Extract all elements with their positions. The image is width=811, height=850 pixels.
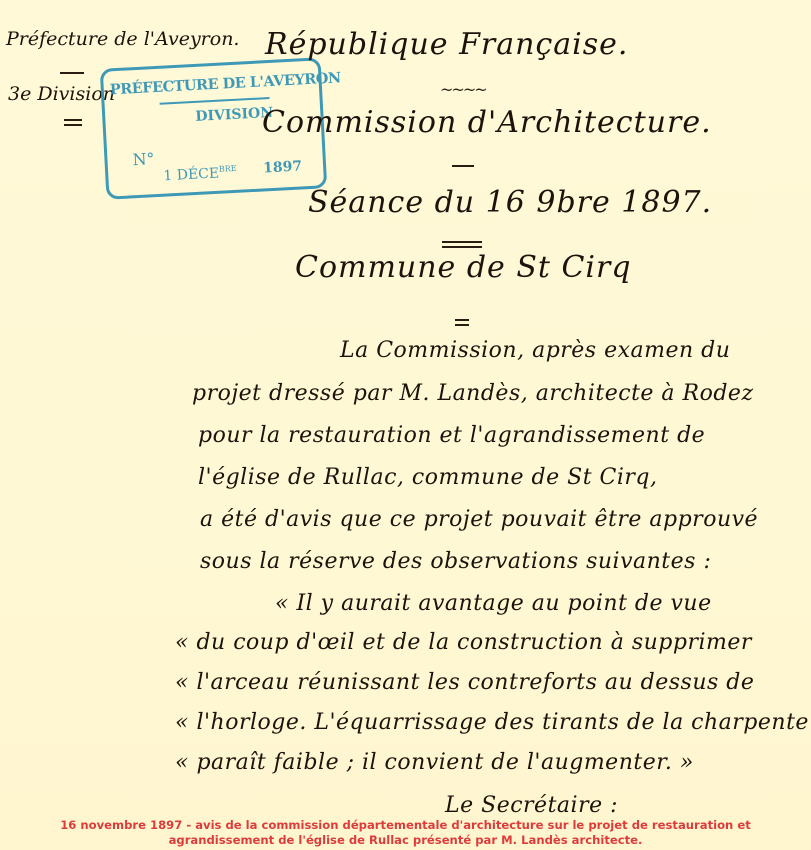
caption: 16 novembre 1897 - avis de la commission… — [0, 818, 811, 848]
stamp-number-label: N° — [132, 149, 155, 169]
divider — [64, 119, 82, 121]
body-line: projet dressé par M. Landès, architecte … — [192, 383, 754, 405]
quote-line: « l'arceau réunissant les contreforts au… — [175, 672, 754, 694]
stamp-title: PRÉFECTURE DE L'AVEYRON — [109, 69, 341, 98]
divider — [452, 165, 474, 167]
commune-heading: Commune de St Cirq — [295, 253, 632, 283]
archival-letter-page: Préfecture de l'Aveyron. 3e Division PRÉ… — [0, 0, 811, 850]
body-line: a été d'avis que ce projet pouvait être … — [200, 509, 758, 531]
stamp-date-day-month: 1 DÉCE — [163, 165, 219, 184]
quote-line: « paraît faible ; il convient de l'augme… — [175, 752, 694, 774]
republic-heading: République Française. — [265, 30, 628, 60]
body-line: La Commission, après examen du — [340, 340, 730, 362]
stamp-date-superscript: BRE — [219, 164, 237, 174]
division-label: 3e Division — [8, 85, 115, 104]
flourish-divider: ~~~~ — [440, 80, 486, 99]
divider — [60, 72, 84, 74]
caption-line-1: 16 novembre 1897 - avis de la commission… — [0, 818, 811, 833]
stamp-date: 1 DÉCEBRE — [163, 164, 237, 184]
stamp-separator — [160, 97, 270, 105]
signature-line: Le Secrétaire : — [445, 795, 618, 817]
divider — [455, 319, 469, 321]
prefecture-header: Préfecture de l'Aveyron. — [6, 30, 239, 49]
body-line: l'église de Rullac, commune de St Cirq, — [198, 467, 658, 489]
body-line: pour la restauration et l'agrandissement… — [198, 425, 705, 447]
divider — [442, 241, 482, 243]
body-line: sous la réserve des observations suivant… — [200, 551, 711, 573]
commission-heading: Commission d'Architecture. — [262, 108, 712, 138]
caption-line-2: agrandissement de l'église de Rullac pré… — [0, 833, 811, 848]
quote-line: « Il y aurait avantage au point de vue — [275, 593, 712, 615]
quote-line: « l'horloge. L'équarrissage des tirants … — [175, 712, 809, 734]
session-date: Séance du 16 9bre 1897. — [308, 188, 712, 218]
quote-line: « du coup d'œil et de la construction à … — [175, 632, 752, 654]
stamp-year: 1897 — [263, 158, 303, 176]
